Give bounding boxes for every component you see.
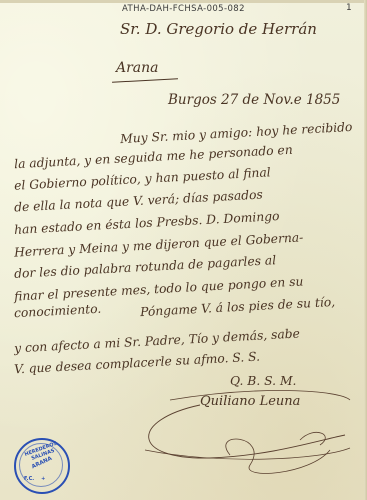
body-line: conocimiento.	[14, 302, 102, 321]
body-line: de ella la nota que V. verá; días pasado…	[14, 187, 263, 214]
recipient-underline	[112, 78, 178, 82]
body-line: Muy Sr. mio y amigo: hoy he recibido	[120, 120, 353, 146]
page-number: 1	[346, 3, 352, 13]
recipient-name: Sr. D. Gregorio de Herrán	[120, 20, 317, 38]
letter-page: ATHA-DAH-FCHSA-005-082 1 Sr. D. Gregorio…	[0, 0, 367, 500]
stamp-left-text: F.C.	[24, 476, 34, 482]
closing-line: Póngame V. á los pies de su tío,	[140, 295, 336, 319]
archive-reference-code: ATHA-DAH-FCHSA-005-082	[122, 4, 245, 14]
letter-dateline: Burgos 27 de Nov.e 1855	[168, 92, 340, 108]
paper-edge-top	[0, 0, 367, 3]
recipient-surname: Arana	[116, 60, 159, 76]
stamp-bottom-text: F.C. +	[24, 476, 45, 482]
closing-line: V. que desea complacerle su afmo. S. S.	[14, 350, 261, 377]
cross-icon: +	[41, 476, 45, 482]
signature: Quiliano Leuna	[200, 394, 300, 409]
archive-stamp: HEREDEROS SALINAS ARANA F.C. +	[14, 438, 70, 494]
